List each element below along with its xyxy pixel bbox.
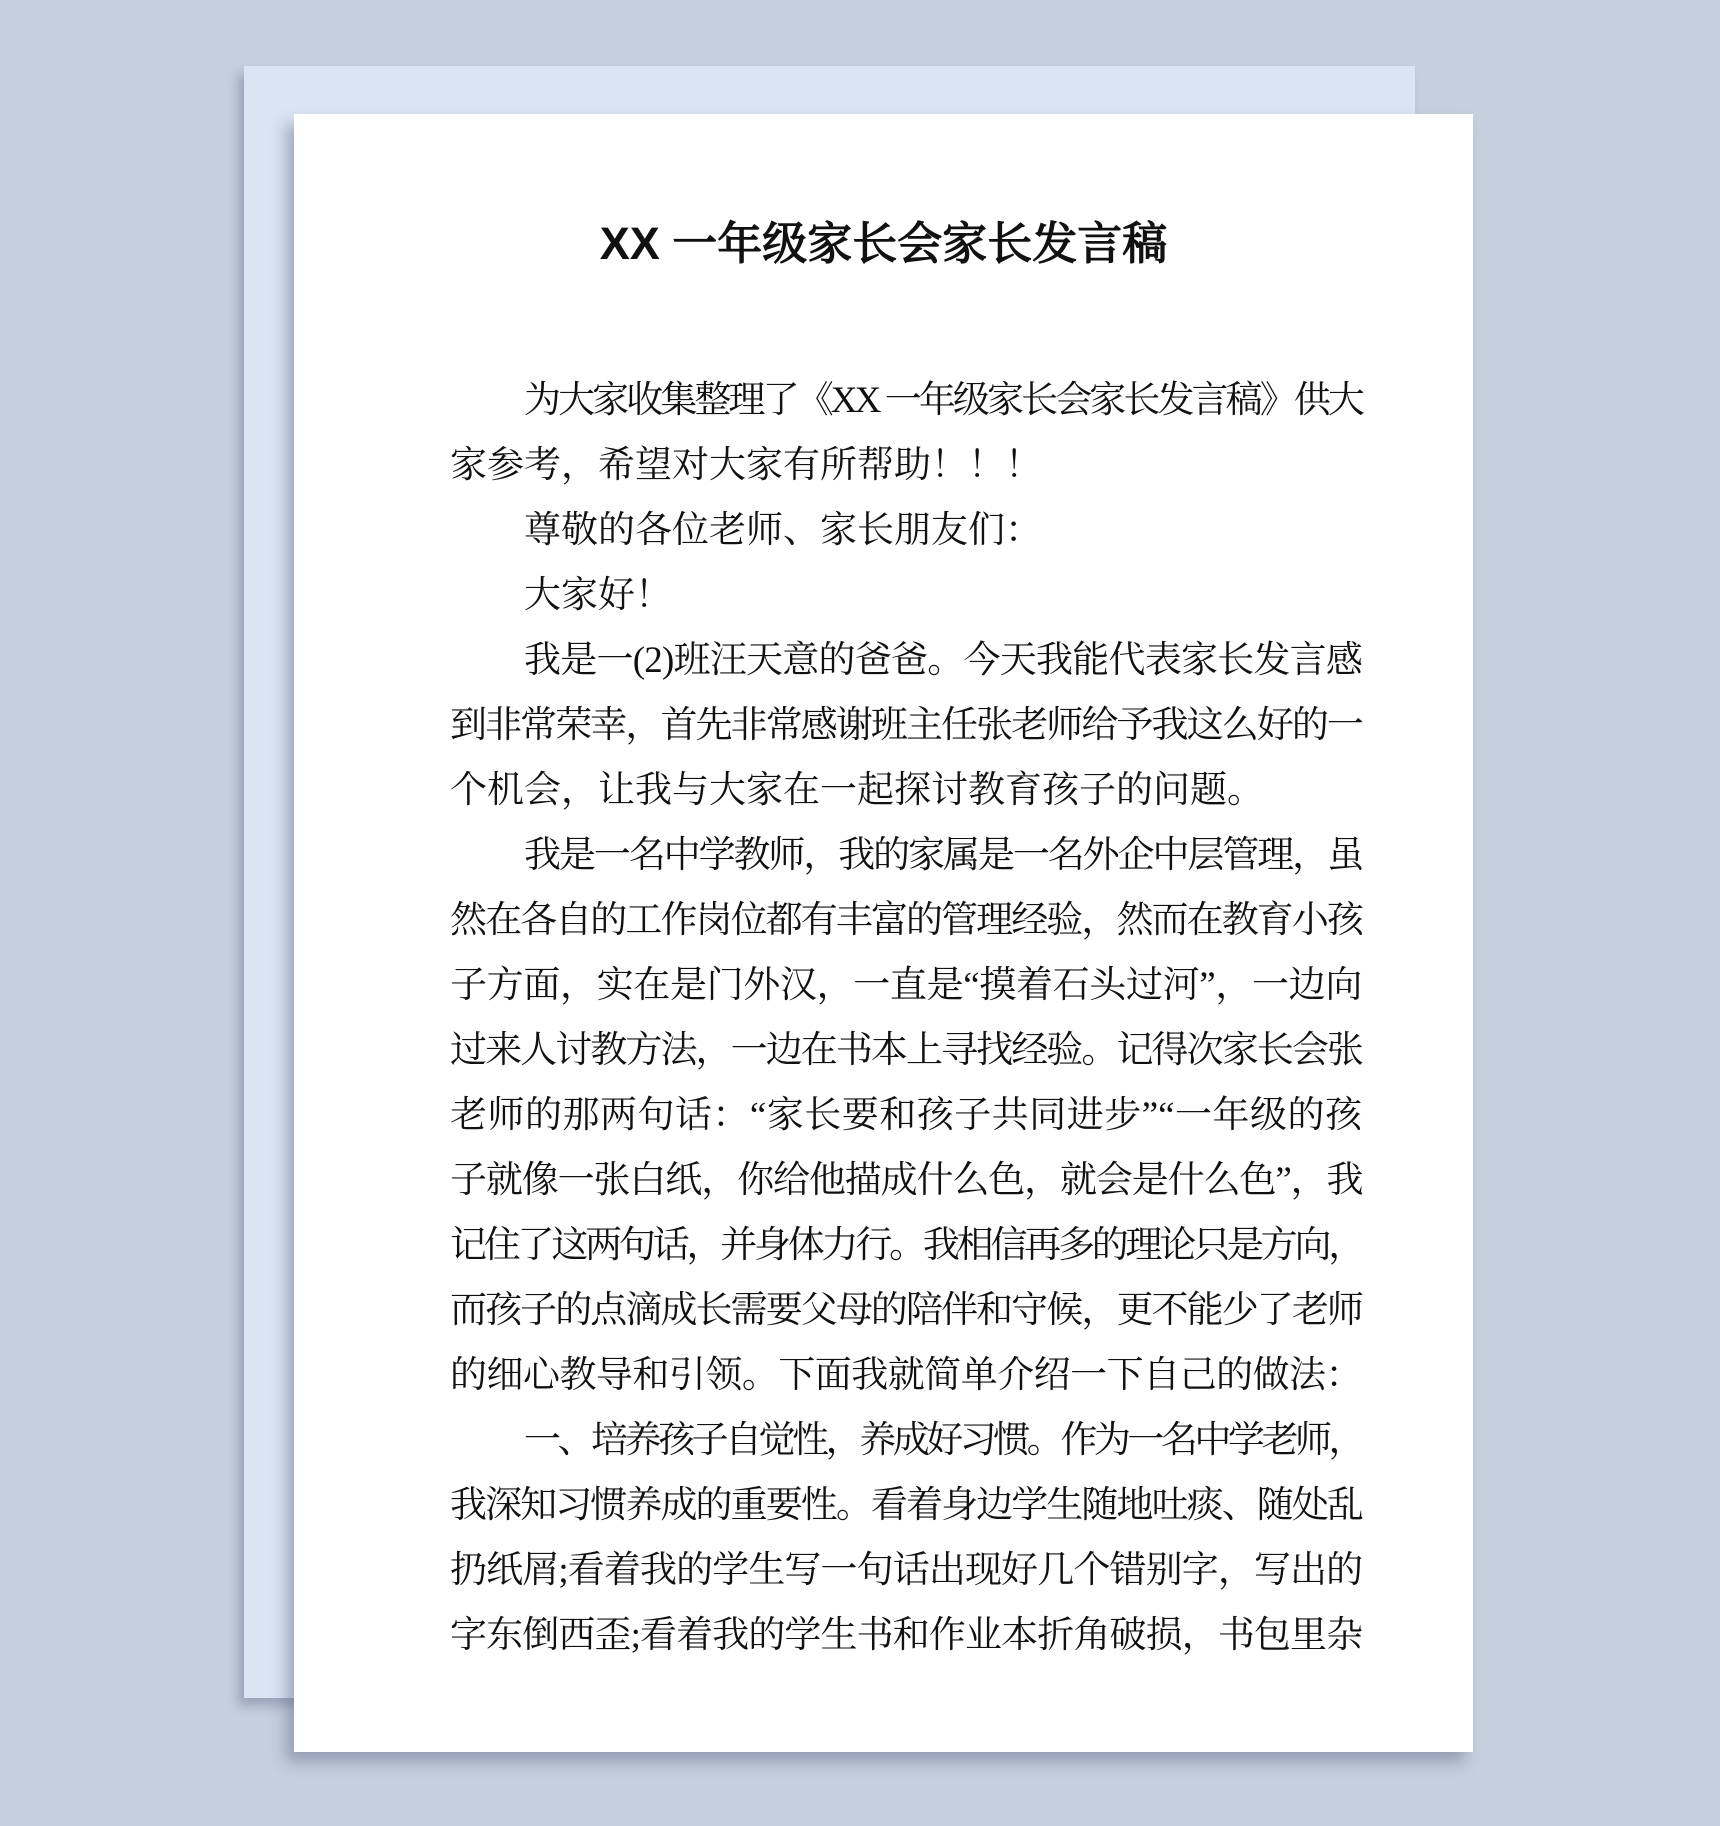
text-line: 然在各自的工作岗位都有丰富的管理经验，然而在教育小孩 <box>450 888 1362 953</box>
text-line: 子就像一张白纸，你给他描成什么色，就会是什么色”，我 <box>450 1148 1362 1213</box>
text-line: 一、培养孩子自觉性，养成好习惯。作为一名中学老师， <box>450 1408 1362 1473</box>
text-line: 个机会，让我与大家在一起探讨教育孩子的问题。 <box>450 758 1362 823</box>
text-line: 家参考，希望对大家有所帮助！！！ <box>450 433 1362 498</box>
text-line: 我是一(2)班汪天意的爸爸。今天我能代表家长发言感 <box>450 628 1362 693</box>
text-line: 为大家收集整理了《XX 一年级家长会家长发言稿》供大 <box>450 368 1362 433</box>
text-line: 到非常荣幸，首先非常感谢班主任张老师给予我这么好的一 <box>450 693 1362 758</box>
text-line: 过来人讨教方法，一边在书本上寻找经验。记得次家长会张 <box>450 1018 1362 1083</box>
text-line: 记住了这两句话，并身体力行。我相信再多的理论只是方向， <box>450 1213 1362 1278</box>
text-line: 老师的那两句话：“家长要和孩子共同进步”“一年级的孩 <box>450 1083 1362 1148</box>
text-line: 的细心教导和引领。下面我就简单介绍一下自己的做法： <box>450 1343 1362 1408</box>
text-line: 扔纸屑;看着我的学生写一句话出现好几个错别字，写出的 <box>450 1538 1362 1603</box>
text-line: 字东倒西歪;看着我的学生书和作业本折角破损，书包里杂 <box>450 1603 1362 1668</box>
text-line: 尊敬的各位老师、家长朋友们： <box>450 498 1362 563</box>
text-line: 而孩子的点滴成长需要父母的陪伴和守候，更不能少了老师 <box>450 1278 1362 1343</box>
text-line: 我深知习惯养成的重要性。看着身边学生随地吐痰、随处乱 <box>450 1473 1362 1538</box>
document-title: XX 一年级家长会家长发言稿 <box>294 218 1473 270</box>
template-preview-canvas: XX 一年级家长会家长发言稿 为大家收集整理了《XX 一年级家长会家长发言稿》供… <box>0 0 1720 1826</box>
text-line: 我是一名中学教师，我的家属是一名外企中层管理，虽 <box>450 823 1362 888</box>
document-page: XX 一年级家长会家长发言稿 为大家收集整理了《XX 一年级家长会家长发言稿》供… <box>294 114 1473 1752</box>
text-line: 子方面，实在是门外汉，一直是“摸着石头过河”，一边向 <box>450 953 1362 1018</box>
document-body: 为大家收集整理了《XX 一年级家长会家长发言稿》供大家参考，希望对大家有所帮助！… <box>450 368 1362 1668</box>
text-line: 大家好！ <box>450 563 1362 628</box>
